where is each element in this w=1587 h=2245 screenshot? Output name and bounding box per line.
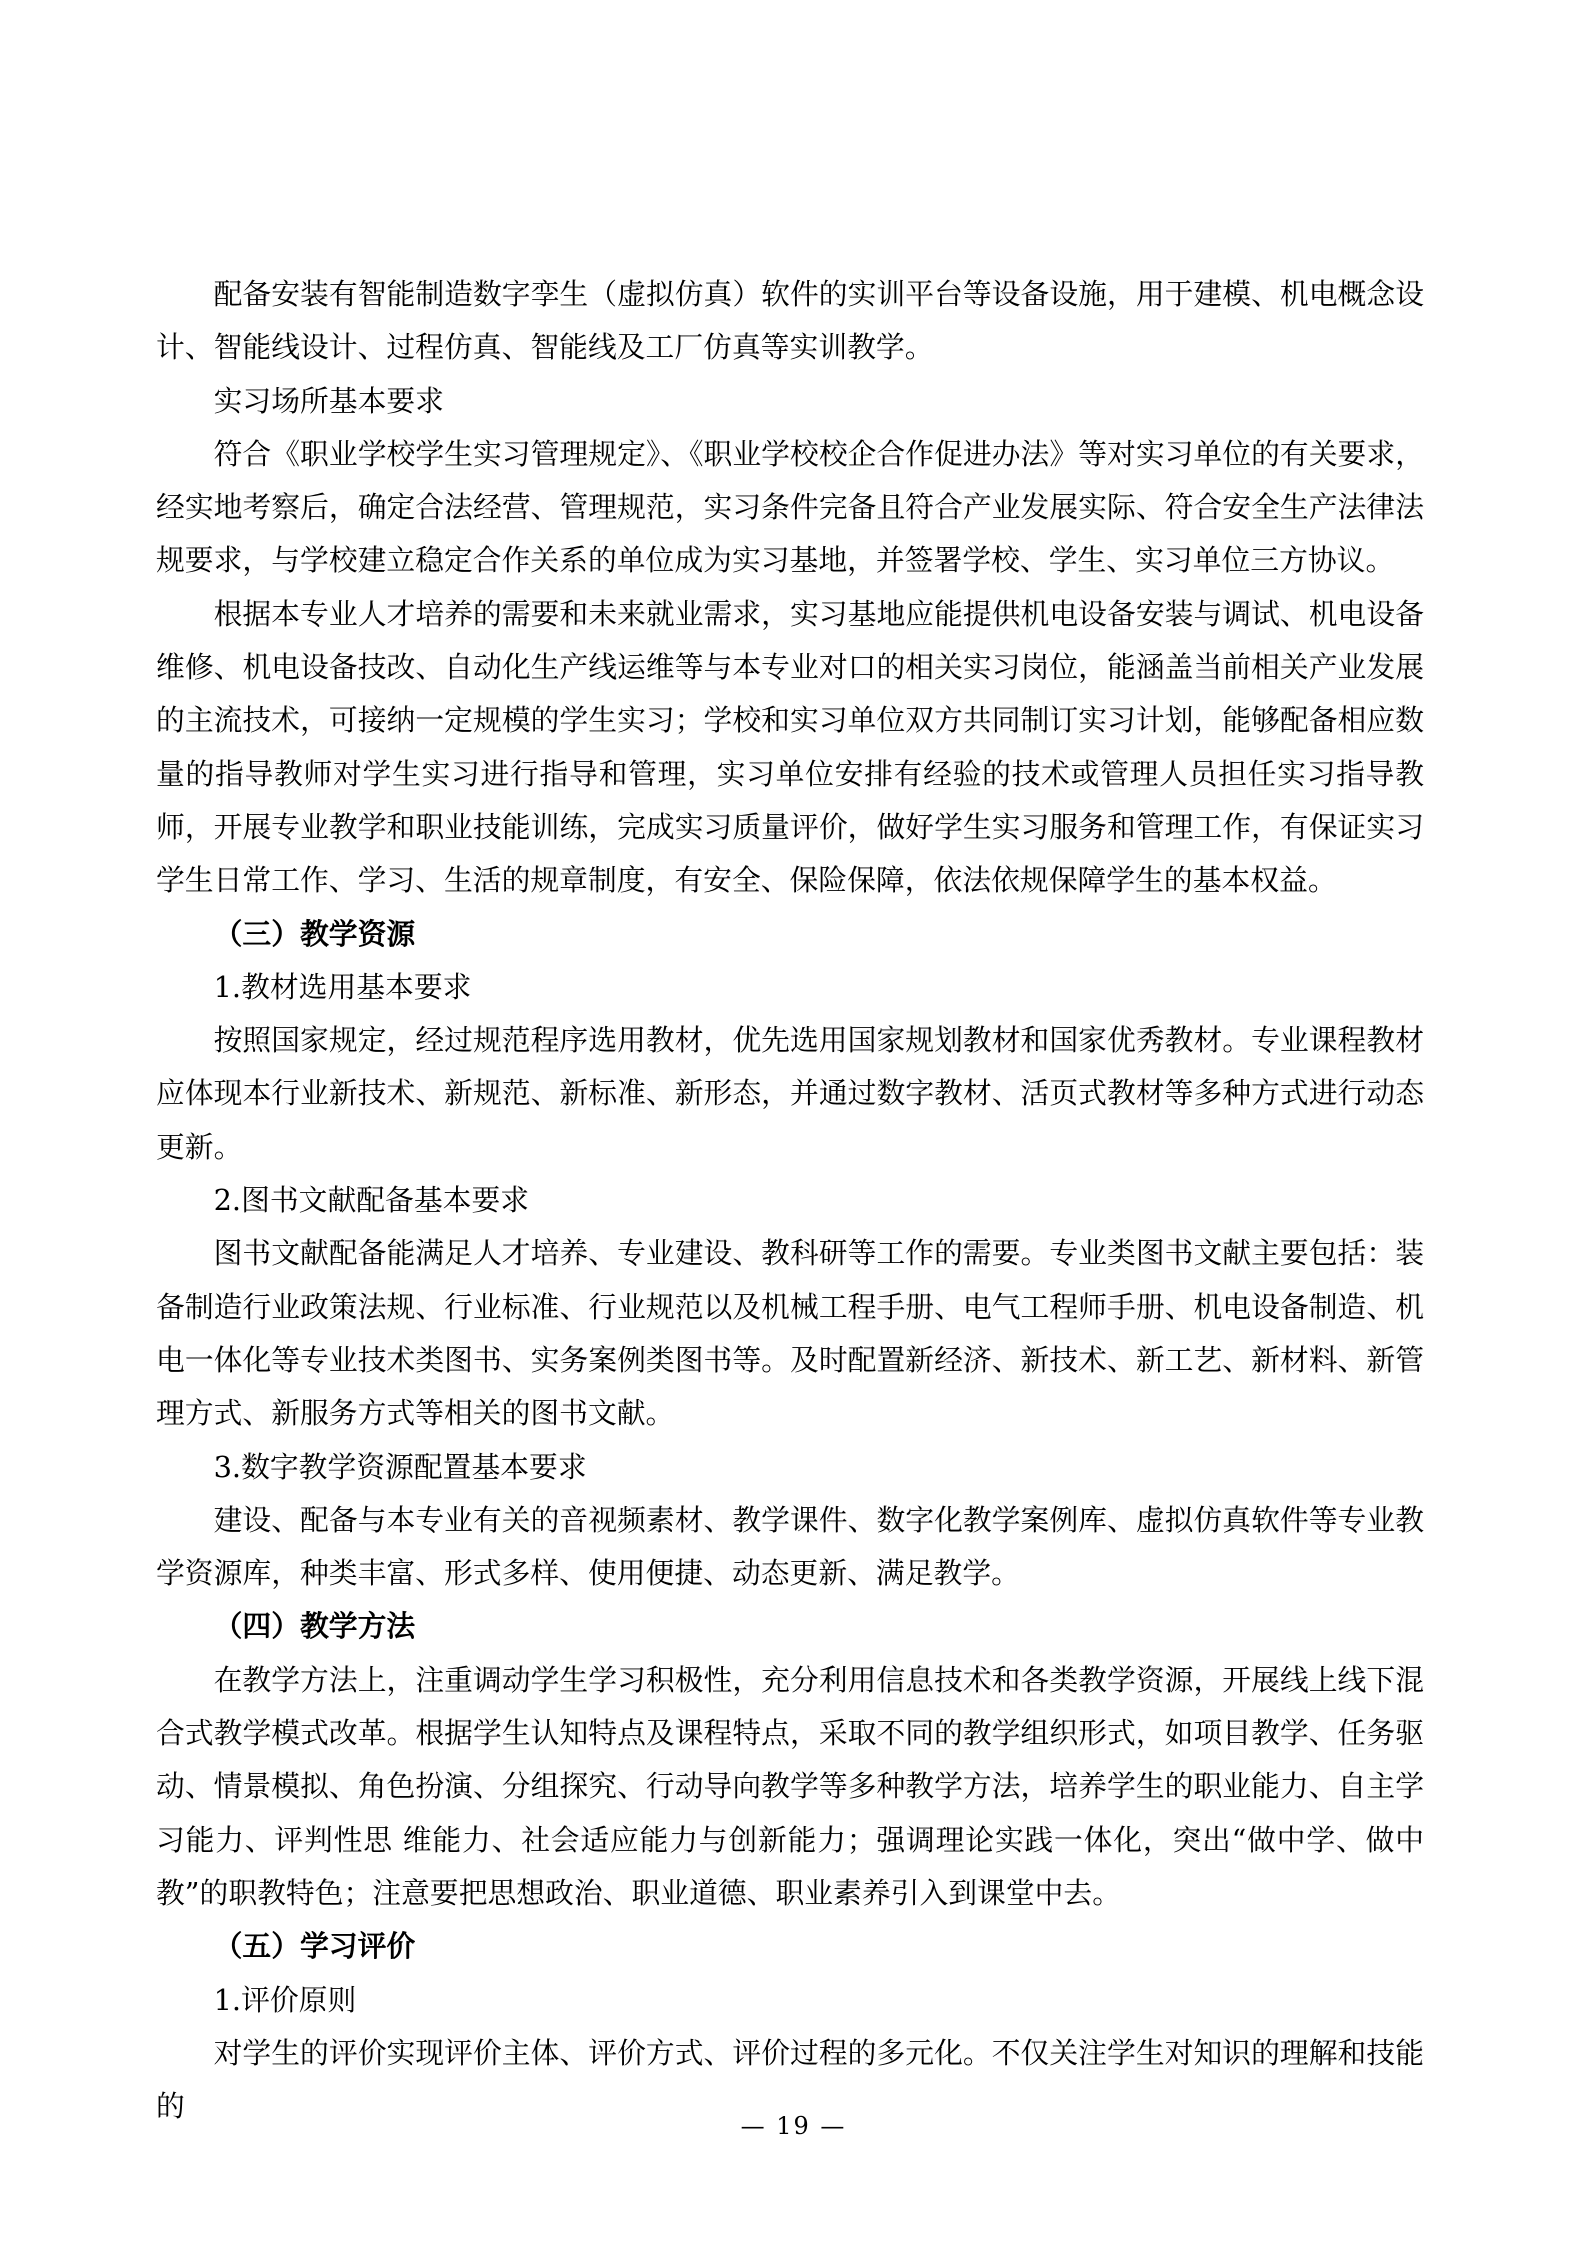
subsection-heading: 1.教材选用基本要求 xyxy=(156,961,1424,1014)
subsection-heading: 2.图书文献配备基本要求 xyxy=(156,1174,1424,1227)
subsection-heading: 1.评价原则 xyxy=(156,1974,1424,2027)
section-heading-teaching-resources: （三）教学资源 xyxy=(156,908,1424,961)
document-page: 配备安装有智能制造数字孪生（虚拟仿真）软件的实训平台等设备设施，用于建模、机电概… xyxy=(0,0,1587,2245)
document-content: 配备安装有智能制造数字孪生（虚拟仿真）软件的实训平台等设备设施，用于建模、机电概… xyxy=(156,268,1424,2133)
paragraph: 图书文献配备能满足人才培养、专业建设、教科研等工作的需要。专业类图书文献主要包括… xyxy=(156,1227,1424,1440)
page-number: — 19 — xyxy=(0,2112,1587,2140)
paragraph: 实习场所基本要求 xyxy=(156,375,1424,428)
paragraph: 按照国家规定，经过规范程序选用教材，优先选用国家规划教材和国家优秀教材。专业课程… xyxy=(156,1014,1424,1174)
paragraph: 根据本专业人才培养的需要和未来就业需求，实习基地应能提供机电设备安装与调试、机电… xyxy=(156,588,1424,908)
paragraph: 建设、配备与本专业有关的音视频素材、教学课件、数字化教学案例库、虚拟仿真软件等专… xyxy=(156,1494,1424,1601)
section-heading-teaching-methods: （四）教学方法 xyxy=(156,1600,1424,1653)
paragraph: 配备安装有智能制造数字孪生（虚拟仿真）软件的实训平台等设备设施，用于建模、机电概… xyxy=(156,268,1424,375)
paragraph: 符合《职业学校学生实习管理规定》、《职业学校校企合作促进办法》等对实习单位的有关… xyxy=(156,428,1424,588)
paragraph: 在教学方法上，注重调动学生学习积极性，充分利用信息技术和各类教学资源，开展线上线… xyxy=(156,1654,1424,1920)
subsection-heading: 3.数字教学资源配置基本要求 xyxy=(156,1441,1424,1494)
section-heading-learning-evaluation: （五）学习评价 xyxy=(156,1920,1424,1973)
